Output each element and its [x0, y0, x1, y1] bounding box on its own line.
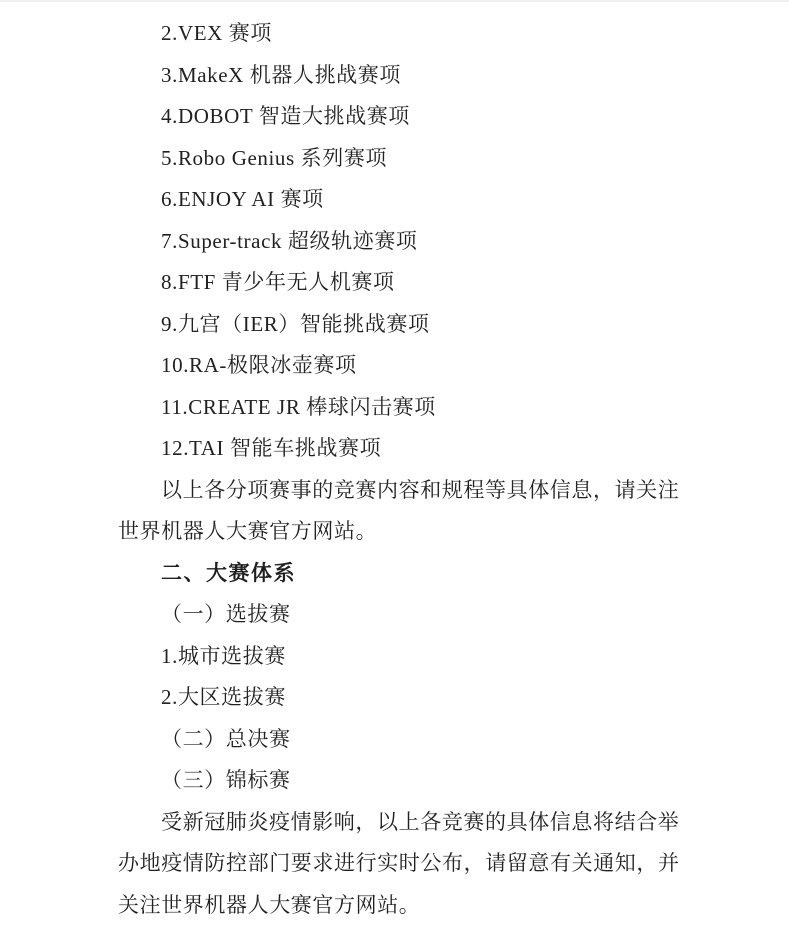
line-item-city-selection: 1.城市选拔赛 — [118, 636, 679, 678]
line-item-selection-round: （一）选拔赛 — [118, 594, 679, 636]
section-heading-competition-system: 二、大赛体系 — [118, 553, 679, 595]
line-item-regional-selection: 2.大区选拔赛 — [118, 677, 679, 719]
line-item-vex: 2.VEX 赛项 — [118, 13, 679, 55]
line-item-dobot: 4.DOBOT 智造大挑战赛项 — [118, 96, 679, 138]
line-item-ier: 9.九宫（IER）智能挑战赛项 — [118, 304, 679, 346]
document-page: 2.VEX 赛项 3.MakeX 机器人挑战赛项 4.DOBOT 智造大挑战赛项… — [0, 0, 789, 931]
covid-paragraph-line-3: 关注世界机器人大赛官方网站。 — [118, 885, 679, 927]
line-item-tai: 12.TAI 智能车挑战赛项 — [118, 428, 679, 470]
line-item-championship: （三）锦标赛 — [118, 760, 679, 802]
notice-paragraph-line-2: 世界机器人大赛官方网站。 — [118, 511, 679, 553]
line-item-enjoy-ai: 6.ENJOY AI 赛项 — [118, 179, 679, 221]
line-item-create-jr: 11.CREATE JR 棒球闪击赛项 — [118, 387, 679, 429]
line-item-super-track: 7.Super-track 超级轨迹赛项 — [118, 221, 679, 263]
notice-paragraph-line-1: 以上各分项赛事的竞赛内容和规程等具体信息，请关注 — [118, 470, 679, 512]
line-item-robo-genius: 5.Robo Genius 系列赛项 — [118, 138, 679, 180]
line-item-grand-final: （二）总决赛 — [118, 719, 679, 761]
line-item-makex: 3.MakeX 机器人挑战赛项 — [118, 55, 679, 97]
covid-paragraph-line-1: 受新冠肺炎疫情影响，以上各竞赛的具体信息将结合举 — [118, 802, 679, 844]
line-item-ra: 10.RA-极限冰壶赛项 — [118, 345, 679, 387]
line-item-ftf: 8.FTF 青少年无人机赛项 — [118, 262, 679, 304]
covid-paragraph-line-2: 办地疫情防控部门要求进行实时公布，请留意有关通知，并 — [118, 843, 679, 885]
